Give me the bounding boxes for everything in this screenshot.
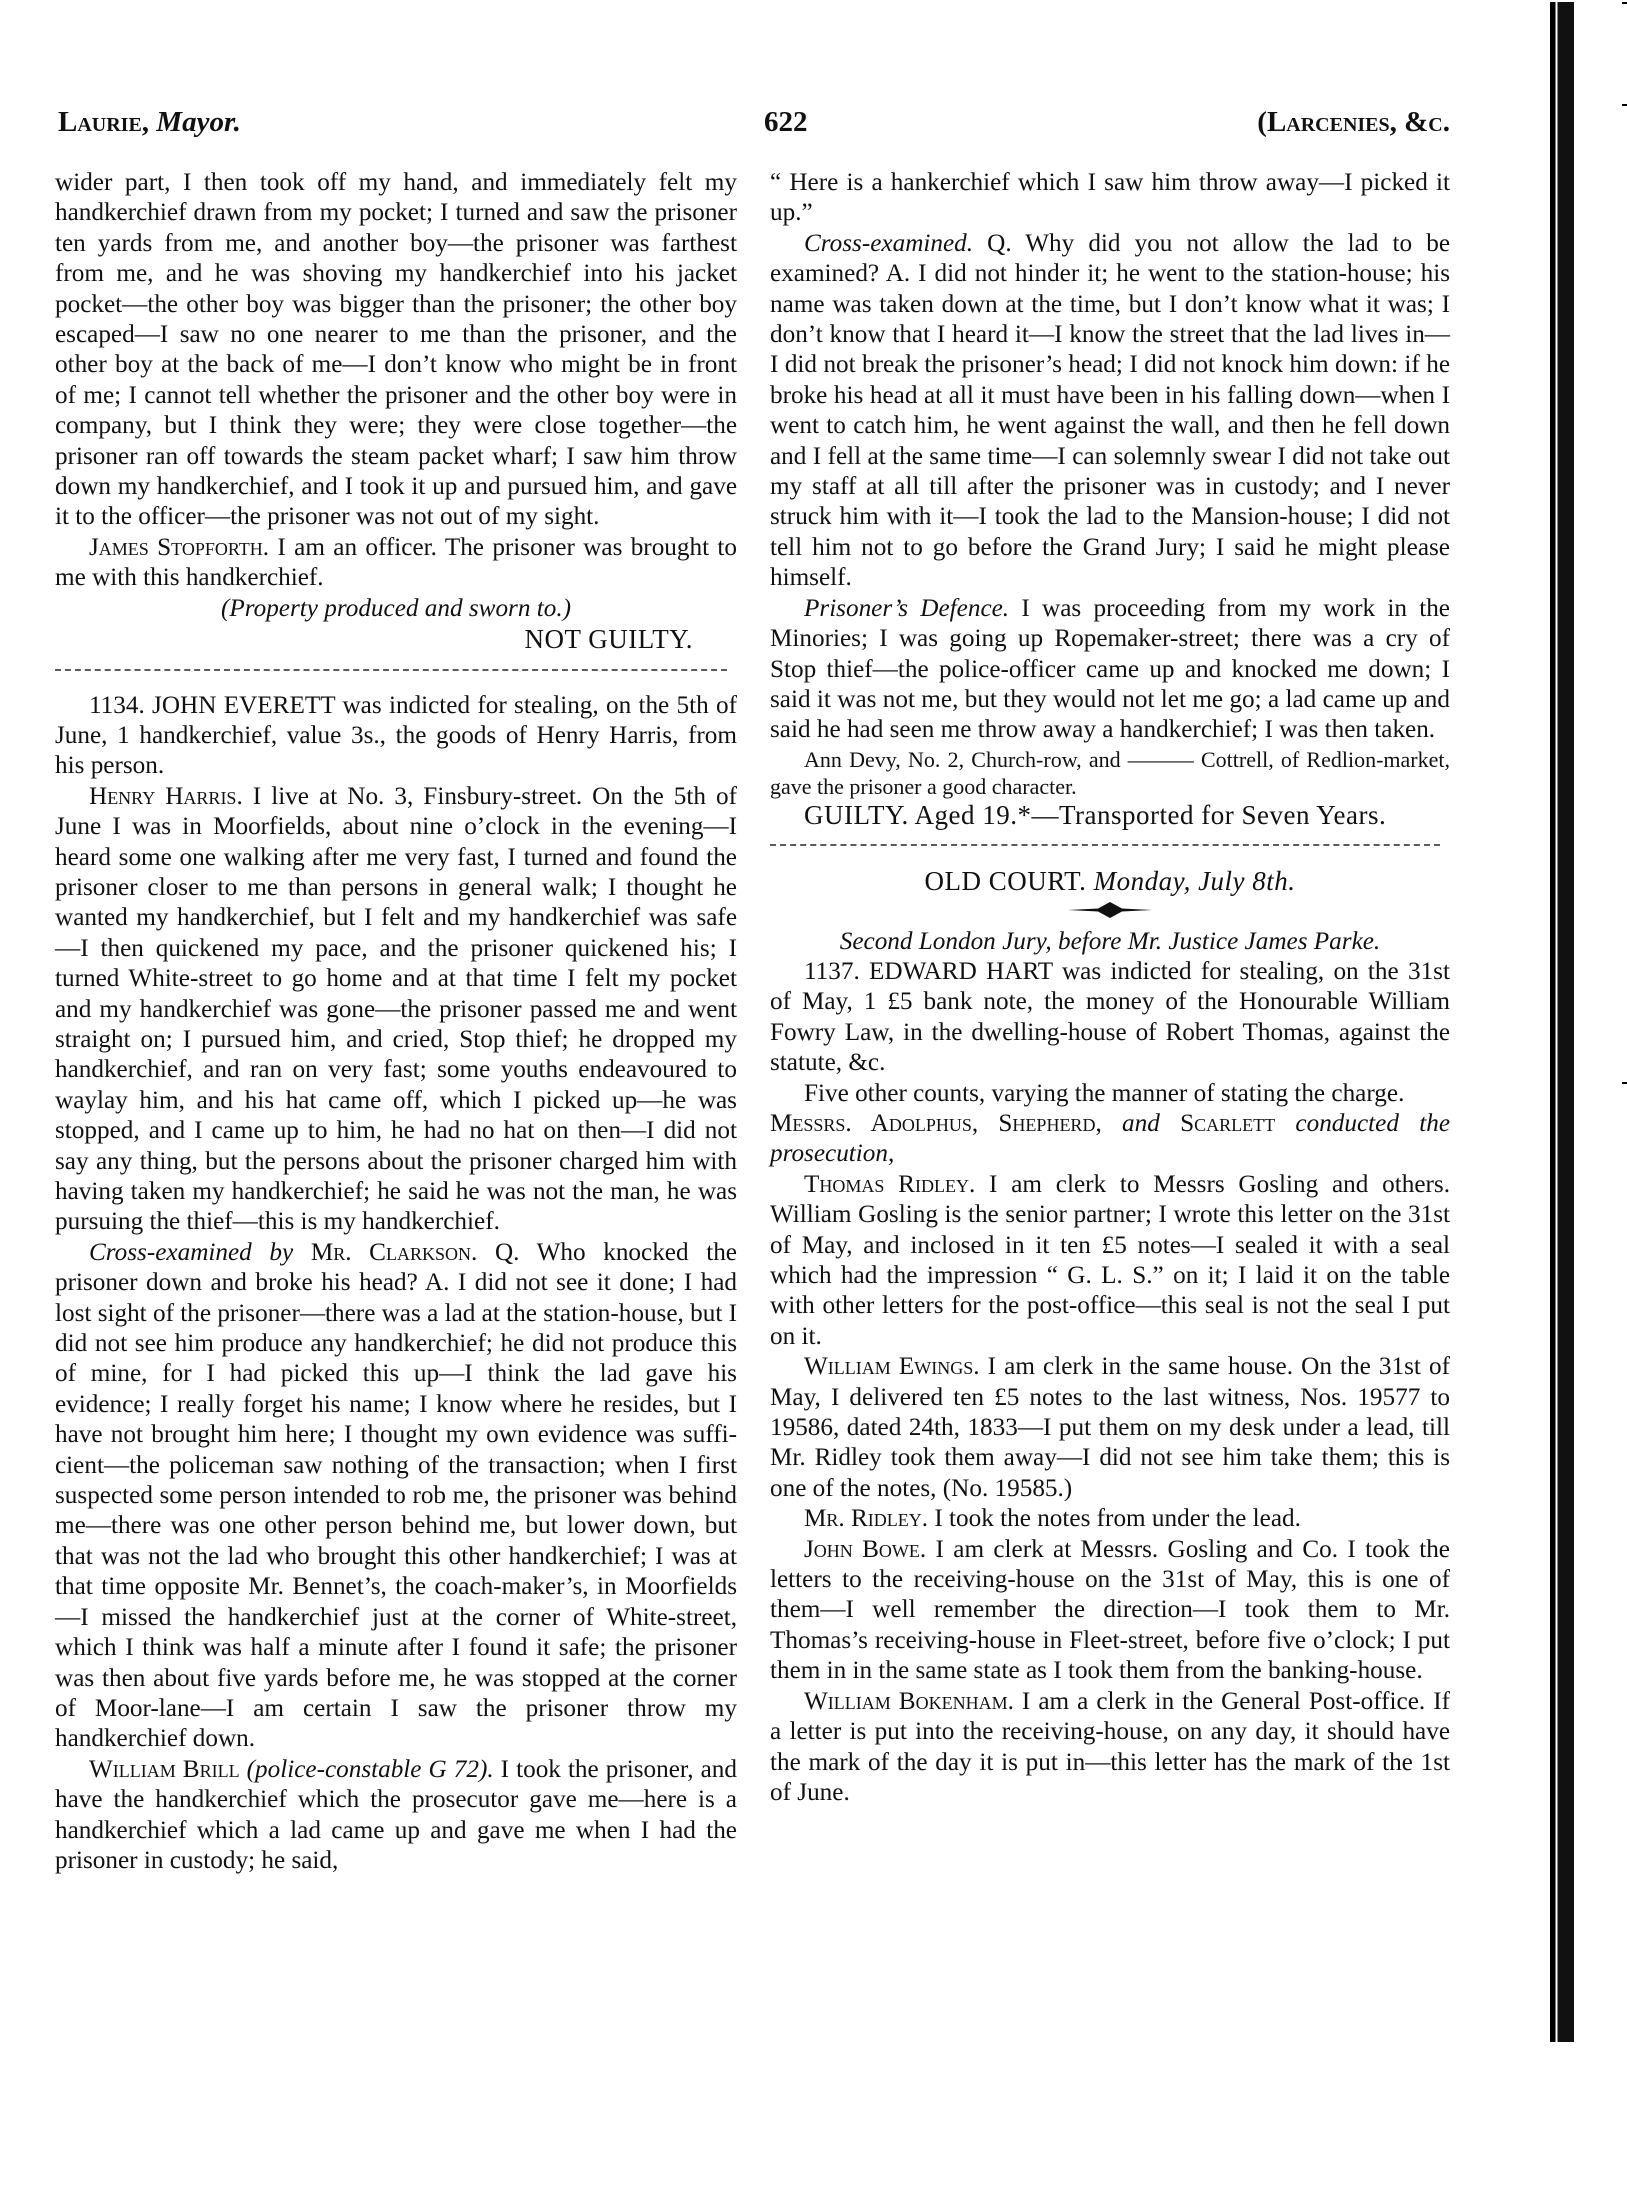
defence-paragraph: Prisoner’s Defence. I was proceeding fro… [770,594,1450,746]
court-heading: OLD COURT. [924,866,1086,896]
witness-name: William Bokenham. [804,1688,1014,1715]
paragraph: “ Here is a hankerchief which I saw him … [770,168,1450,229]
case-heading-paragraph: 1137. EDWARD HART was indicted for steal… [770,957,1450,1079]
paragraph: wider part, I then took off my hand, and… [55,168,737,533]
counts-note: Five other counts, varying the manner of… [770,1079,1450,1109]
page-number: 622 [764,106,808,139]
counsel-last: Scarlett [1180,1110,1275,1137]
testimony-paragraph: John Bowe. I am clerk at Messrs. Gosling… [770,1535,1450,1687]
scanned-page: Laurie, Mayor. 622 (Larcenies, &c. wider… [0,0,1627,2208]
court-date: Monday, July 8th. [1086,866,1295,896]
testimony-paragraph: Thomas Ridley. I am clerk to Messrs Gosl… [770,1170,1450,1352]
witness-role: (police-constable G 72). [240,1756,494,1783]
testimony-text: Q. Why did you not allow the lad to be e… [770,230,1450,591]
scan-artifact-mark [1622,1082,1627,1084]
defendant-name: JOHN EVERETT [152,692,335,719]
section-divider [55,669,727,671]
testimony-text: I took the notes from under the lead. [928,1505,1301,1532]
testimony-paragraph: William Brill (police-constable G 72). I… [55,1755,737,1877]
testimony-text: Q. Who knocked the prisoner down and bro… [55,1239,737,1753]
property-note: (Property produced and sworn to.) [55,594,737,624]
left-column: wider part, I then took off my hand, and… [55,168,737,1876]
book-binding-edge [1550,2,1574,2042]
case-heading-paragraph: 1134. JOHN EVERETT was indicted for stea… [55,691,737,782]
mayor-name: Laurie, [58,106,149,138]
jury-line: Second London Jury, before Mr. Justice J… [770,927,1450,957]
witness-name: Thomas Ridley. [804,1171,975,1198]
witness-name: Mr. Ridley. [804,1505,928,1532]
counsel-name: Mr. Clarkson. [293,1239,477,1266]
mayor-title: Mayor. [156,106,241,138]
section-divider [770,844,1440,846]
testimony-paragraph: Mr. Ridley. I took the notes from under … [770,1504,1450,1534]
witness-name: William Brill [89,1756,240,1783]
verdict: NOT GUILTY. [55,624,737,654]
cross-exam-label: Cross-examined by [89,1239,293,1266]
counsel-names: Messrs. Adolphus, Shepherd, [770,1110,1102,1137]
counsel-paragraph: Messrs. Adolphus, Shepherd, and Scarlett… [770,1109,1450,1170]
sentence: Aged 19.*—Transported for Seven Years. [909,800,1386,830]
scan-artifact-mark [1622,2,1627,4]
right-column: “ Here is a hankerchief which I saw him … [770,168,1450,1808]
verdict-paragraph: GUILTY. Aged 19.*—Transported for Seven … [770,800,1450,830]
witness-name: William Ewings. [804,1353,980,1380]
verdict: GUILTY. [804,800,909,830]
diamond-rule-ornament-icon [770,901,1450,919]
defendant-name: EDWARD HART [869,958,1053,985]
scan-artifact-mark [1622,104,1627,106]
cross-examination-paragraph: Cross-examined by Mr. Clarkson. Q. Who k… [55,1238,737,1755]
testimony-paragraph: William Bokenham. I am a clerk in the Ge… [770,1687,1450,1809]
court-heading-paragraph: OLD COURT. Monday, July 8th. [770,866,1450,896]
running-head: Laurie, Mayor. 622 (Larcenies, &c. [58,106,1450,146]
testimony-paragraph: James Stopforth. I am an officer. The pr… [55,533,737,594]
running-head-left: Laurie, Mayor. [58,106,241,139]
testimony-paragraph: Henry Harris. I live at No. 3, Finsbury-… [55,782,737,1238]
case-number: 1137. [804,958,860,985]
witness-name: James Stopforth. [89,534,269,561]
case-number: 1134. [89,692,145,719]
witness-name: Henry Harris. [89,783,243,810]
cross-exam-label: Cross-examined. [804,230,973,257]
character-note: Ann Devy, No. 2, Church-row, and ——— Cot… [770,746,1450,800]
cross-examination-paragraph: Cross-examined. Q. Why did you not allow… [770,229,1450,594]
running-head-section: (Larcenies, &c. [1257,106,1450,139]
counsel-and: and [1102,1110,1180,1137]
testimony-text: I live at No. 3, Finsbury-street. On the… [55,783,737,1236]
defence-label: Prisoner’s Defence. [804,595,1009,622]
witness-name: John Bowe. [804,1536,926,1563]
testimony-paragraph: William Ewings. I am clerk in the same h… [770,1352,1450,1504]
